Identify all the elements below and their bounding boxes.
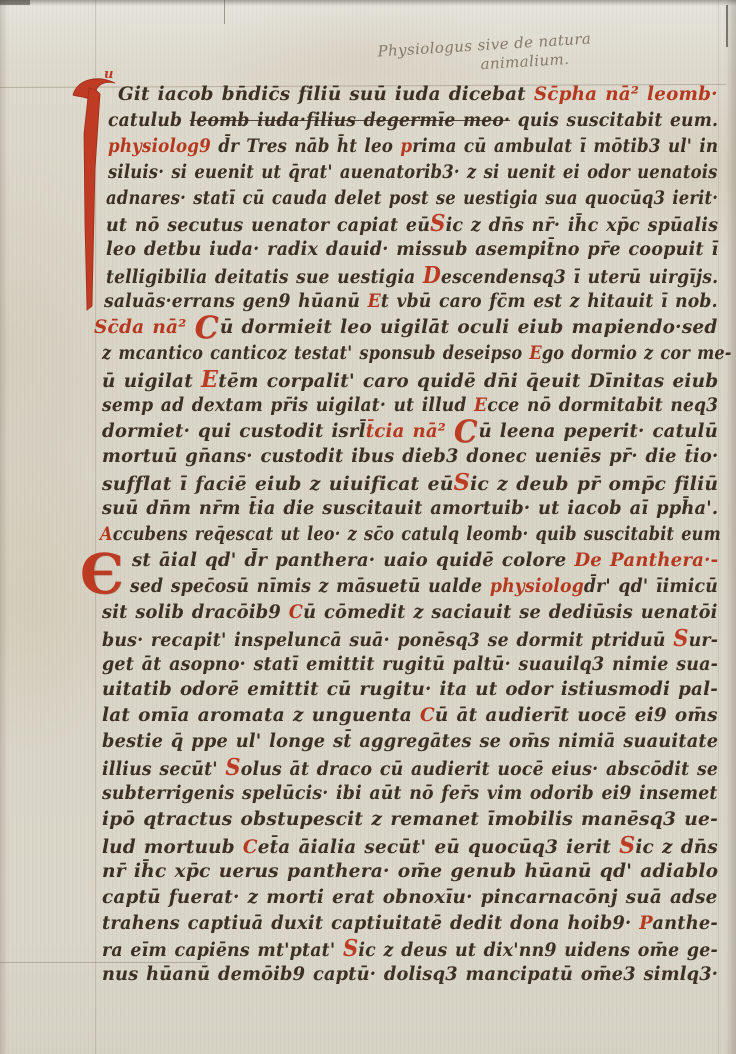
ink-text: ra eīm capiēns mt'ptat' <box>102 939 343 961</box>
rubric-text: E <box>368 290 381 312</box>
page-edge-top <box>0 0 736 6</box>
ink-text: ic z dn̄s <box>635 836 718 858</box>
ink-text: ū dormieit leo uigilāt oculi eiub mapien… <box>220 316 718 338</box>
ink-text: ic z dn̄s nr̄· ih̄c xp̄c spūalis <box>446 214 719 236</box>
text-block: Git iacob bn̄dic̄s filiū suū iuda diceba… <box>102 82 726 988</box>
ink-text: adnares· statī cū cauda delet post se ue… <box>106 187 718 209</box>
ink-text: go dormio z cor me- <box>542 342 732 364</box>
text-line: ra eīm capiēns mt'ptat' Sic z deus ut di… <box>102 936 672 962</box>
text-line: z mcantico canticoz testat' sponsub dese… <box>102 341 632 367</box>
text-line: adnares· statī cū cauda delet post se ue… <box>106 186 641 212</box>
rubric-text: Sc̄pha nā² leomb· <box>526 83 718 105</box>
manuscript-page: Physiologus sive de natura animalium. u … <box>0 0 736 1054</box>
ink-text: ū uigilat <box>102 370 201 392</box>
text-line: physiolog9 d̄r Tres nāb h̄t leo prima cū… <box>108 134 651 160</box>
ink-text: quis suscitabit eum. <box>510 109 718 131</box>
ink-text: semp ad dextam pr̄is uigilat· ut illud <box>102 394 474 416</box>
rubric-text: A <box>100 523 113 545</box>
ink-text: ccubens req̄escat ut leo· z sc̄o catulq … <box>113 523 721 545</box>
text-line: suū dn̄m nr̄m t̄ia die suscitauit amortu… <box>102 496 687 522</box>
rubric-text: S <box>430 210 445 237</box>
text-line: siluis· si euenit ut q̄rat' auenatorib3·… <box>108 160 643 186</box>
ink-text: cce nō dormitabit neq3 <box>487 394 718 416</box>
text-line: dormiet· qui custodit isrl̄t̄cia nā² Cū … <box>102 419 697 445</box>
text-line: lat omīa aromata z unguenta Cū āt audier… <box>102 703 707 729</box>
text-line: captū fuerat· z morti erat obnoxīu· pinc… <box>102 885 705 911</box>
header-annotation: Physiologus sive de natura animalium. <box>377 30 593 81</box>
ink-text: d̄r' qd' īimicū <box>584 575 718 597</box>
ink-text: bestie q̄ ppe ul' longe st̄ aggregātes s… <box>102 730 718 752</box>
ink-text: lud mortuub <box>102 836 243 858</box>
text-line: sufflat ī faciē eiub z uiuificat eūSic z… <box>102 470 717 496</box>
ink-text: lat omīa aromata z unguenta <box>102 704 420 726</box>
ink-text: captū fuerat· z morti erat obnoxīu· pinc… <box>102 886 718 908</box>
ink-text: ut nō secutus uenator capiat eū <box>106 214 430 236</box>
rubric-text: C <box>243 836 258 858</box>
text-line: saluās·errans gen9 hūanū Et vbū caro fc̄… <box>104 289 666 315</box>
ink-text: escendensq3 ī uterū uirgījs. <box>441 266 718 288</box>
rubric-text: S <box>343 935 358 962</box>
rubric-text: S <box>225 754 240 781</box>
ink-text: trahens captiuā duxit captiuitatē dedit … <box>102 912 639 934</box>
page-corner-shadow <box>0 0 30 5</box>
ink-text: mortuū gn̄ans· custodit ibus dieb3 donec… <box>102 445 718 467</box>
ink-text: saluās·errans gen9 hūanū <box>104 290 368 312</box>
rubric-text: Sc̄da nā² <box>94 316 195 338</box>
ink-text: t vbū caro fc̄m est z hitauit ī nob. <box>381 290 718 312</box>
ink-text: rima cū ambulat ī mōtib3 ul' in <box>412 135 718 157</box>
rubric-text: physiolog <box>490 575 584 597</box>
text-line: uitatib odorē emittit cū rugitu· ita ut … <box>102 677 702 703</box>
ink-text: ū leena peperit· catulū <box>478 420 717 442</box>
ink-text: get āt asopno· statī emittit rugitū palt… <box>102 653 718 675</box>
text-line: illius secūt' Solus āt draco cū audierit… <box>102 755 671 781</box>
text-line: catulub leomb iuda·filius degermīe meo· … <box>108 108 666 134</box>
rubric-text: physiolog9 <box>108 135 218 157</box>
rubric-text: P <box>639 912 652 934</box>
ink-text: ū cōmedit z saciauit se dediūsis uenatōi <box>303 601 717 623</box>
text-line: Accubens req̄escat ut leo· z sc̄o catulq… <box>100 522 632 548</box>
rubric-text: C <box>289 601 303 623</box>
ink-text: leomb iuda·filius degermīe meo· <box>190 109 510 131</box>
text-line: trahens captiuā duxit captiuitatē dedit … <box>102 911 688 937</box>
ink-text: z mcantico canticoz testat' sponsub dese… <box>102 342 529 364</box>
text-line: leo detbu iuda· radix dauid· missub asem… <box>106 237 680 263</box>
ink-text: ū āt audierīt uocē ei9 om̄s <box>435 704 718 726</box>
ruling-tick <box>224 0 225 24</box>
text-line: ipō qtractus obstupescit z remanet īmobi… <box>102 807 714 833</box>
text-line: subterrigenis spelūcis· ibi aūt nō fer̄s… <box>102 781 670 807</box>
ink-text: bus· recapit' inspeluncā suā· ponēsq3 se… <box>102 629 673 651</box>
text-line: bus· recapit' inspeluncā suā· ponēsq3 se… <box>102 626 672 652</box>
text-line: ū uigilat Etēm corpalit' caro quidē dn̄i… <box>102 367 708 393</box>
ink-text: leo detbu iuda· radix dauid· missub asem… <box>106 238 718 260</box>
page-edge-tick <box>726 5 728 47</box>
rubric-text: E <box>474 394 487 416</box>
text-line: st āial qd' d̄r panthera· uaio quidē col… <box>132 548 700 574</box>
ink-text: olus āt draco cū audierit uocē eius· abs… <box>241 758 718 780</box>
ink-text: ipō qtractus obstupescit z remanet īmobi… <box>102 808 718 830</box>
ink-text: uitatib odorē emittit cū rugitu· ita ut … <box>102 678 718 700</box>
ink-text: subterrigenis spelūcis· ibi aūt nō fer̄s… <box>102 782 718 804</box>
ink-text: nr̄ ih̄c xp̄c uerus panthera· om̄e genub… <box>102 860 718 882</box>
text-line: bestie q̄ ppe ul' longe st̄ aggregātes s… <box>102 729 685 755</box>
rubric-text: C <box>420 704 435 726</box>
rubric-text: E <box>529 342 541 364</box>
text-line: sit solib dracōib9 Cū cōmedit z saciauit… <box>102 600 686 626</box>
rubric-text: p <box>400 135 412 157</box>
ink-text: telligibilia deitatis sue uestigia <box>106 266 423 288</box>
rubric-text: S <box>619 832 635 859</box>
ink-text: ur- <box>689 629 719 651</box>
ink-text: siluis· si euenit ut q̄rat' auenatorib3·… <box>108 161 718 183</box>
ink-text: ic z deus ut dix'nn9 uidens om̄e ge- <box>358 939 718 961</box>
ink-text: catulub <box>108 109 190 131</box>
text-line: nr̄ ih̄c xp̄c uerus panthera· om̄e genub… <box>102 859 713 885</box>
text-line: Sc̄da nā² Cū dormieit leo uigilāt oculi … <box>94 315 709 341</box>
ink-text: anthe- <box>652 912 718 934</box>
page-edge-left <box>0 0 8 1054</box>
ink-text: suū dn̄m nr̄m t̄ia die suscitauit amortu… <box>102 497 718 519</box>
rubric-text: t̄cia nā² <box>366 420 454 442</box>
ink-text: Git iacob bn̄dic̄s filiū suū iuda diceba… <box>118 83 526 105</box>
ink-text: sufflat ī faciē eiub z uiuificat eū <box>102 473 454 495</box>
text-line: lud mortuub Cet̄a āialia secūt' eū quocū… <box>102 833 706 859</box>
text-line: nus hūanū demōib9 captū· dolisq3 mancipa… <box>102 962 685 988</box>
ink-text: et̄a āialia secūt' eū quocūq3 ierit <box>258 836 619 858</box>
text-line: sed spec̄osū nīmis z māsuetū ualde physi… <box>130 574 671 600</box>
ink-text: sed spec̄osū nīmis z māsuetū ualde <box>130 575 490 597</box>
text-line: mortuū gn̄ans· custodit ibus dieb3 donec… <box>102 444 688 470</box>
page-edge-right <box>725 0 736 1054</box>
ink-text: illius secūt' <box>102 758 225 780</box>
ink-text: tēm corpalit' caro quidē dn̄i q̄euit Dīn… <box>218 370 718 392</box>
text-line: Git iacob bn̄dic̄s filiū suū iuda diceba… <box>118 82 704 108</box>
text-line: semp ad dextam pr̄is uigilat· ut illud E… <box>102 393 664 419</box>
rubric-text: De Panthera·- <box>574 549 718 571</box>
text-line: ut nō secutus uenator capiat eūSic z dn̄… <box>106 211 677 237</box>
ink-text: dormiet· qui custodit isrl̄ <box>102 420 366 442</box>
rubric-text: D <box>423 262 441 289</box>
text-line: telligibilia deitatis sue uestigia Desce… <box>106 263 664 289</box>
ink-text: d̄r Tres nāb h̄t leo <box>218 135 400 157</box>
rubric-text: S <box>454 469 471 496</box>
ink-text: nus hūanū demōib9 captū· dolisq3 mancipa… <box>102 963 718 985</box>
text-line: get āt asopno· statī emittit rugitū palt… <box>102 652 677 678</box>
ink-text: ic z deub pr̄ omp̄c filiū <box>470 473 718 495</box>
rubric-text: E <box>201 366 218 393</box>
rubric-text: S <box>673 625 688 652</box>
ink-text: st āial qd' d̄r panthera· uaio quidē col… <box>132 549 574 571</box>
ink-text: sit solib dracōib9 <box>102 601 289 623</box>
